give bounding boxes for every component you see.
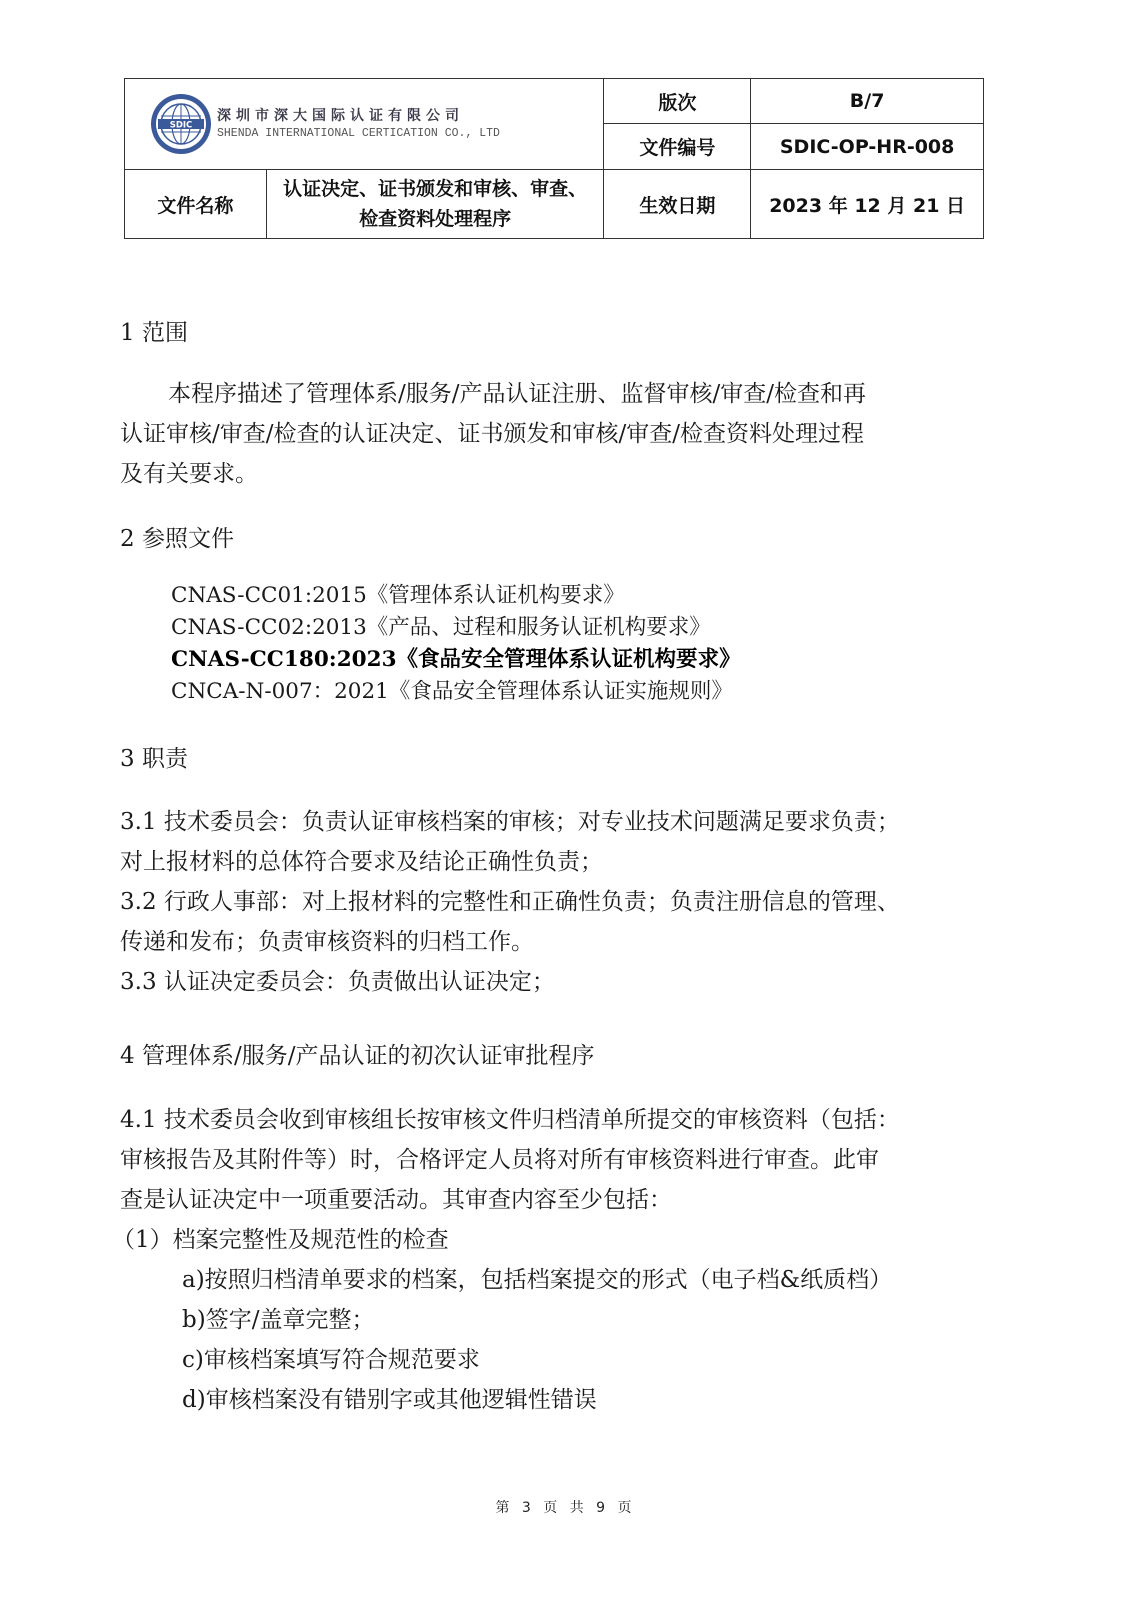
version-value: B/7 xyxy=(751,79,984,124)
paragraph-line: 认证审核/审查/检查的认证决定、证书颁发和审核/审查/检查资料处理过程 xyxy=(120,414,995,454)
doc-name-line-1: 认证决定、证书颁发和审核、审查、 xyxy=(267,174,604,204)
sub-list-item: b)签字/盖章完整； xyxy=(120,1300,995,1340)
section-4-heading: 4 管理体系/服务/产品认证的初次认证审批程序 xyxy=(120,1037,594,1070)
list-item-1: （1）档案完整性及规范性的检查 xyxy=(112,1220,995,1260)
company-name-cn: 深圳市深大国际认证有限公司 xyxy=(217,105,500,125)
sub-list-item: a)按照归档清单要求的档案，包括档案提交的形式（电子档&纸质档） xyxy=(120,1260,995,1300)
doc-number-label: 文件编号 xyxy=(604,124,751,170)
section-1-body: 本程序描述了管理体系/服务/产品认证注册、监督审核/审查/检查和再 认证审核/审… xyxy=(120,374,995,494)
sub-list-item: d)审核档案没有错别字或其他逻辑性错误 xyxy=(120,1380,995,1420)
doc-name-line-2: 检查资料处理程序 xyxy=(267,204,604,234)
company-name-en: SHENDA INTERNATIONAL CERTICATION CO., LT… xyxy=(217,127,500,140)
version-label: 版次 xyxy=(604,79,751,124)
document-header-table: SDIC 深圳市深大国际认证有限公司 SHENDA INTERNATIONAL … xyxy=(124,78,984,239)
section-3-heading: 3 职责 xyxy=(120,740,188,773)
effective-date-value: 2023 年 12 月 21 日 xyxy=(751,170,984,239)
reference-item-bold: CNAS-CC180:2023《食品安全管理体系认证机构要求》 xyxy=(171,644,741,676)
reference-item: CNAS-CC02:2013《产品、过程和服务认证机构要求》 xyxy=(171,612,741,644)
reference-item: CNCA-N-007：2021《食品安全管理体系认证实施规则》 xyxy=(171,676,741,708)
paragraph-line: 4.1 技术委员会收到审核组长按审核文件归档清单所提交的审核资料（包括： xyxy=(120,1100,995,1140)
company-logo-cell: SDIC 深圳市深大国际认证有限公司 SHENDA INTERNATIONAL … xyxy=(125,79,604,170)
paragraph-line: 本程序描述了管理体系/服务/产品认证注册、监督审核/审查/检查和再 xyxy=(120,374,995,414)
paragraph-line: 查是认证决定中一项重要活动。其审查内容至少包括： xyxy=(120,1180,995,1220)
paragraph-line: 审核报告及其附件等）时，合格评定人员将对所有审核资料进行审查。此审 xyxy=(120,1140,995,1180)
effective-date-label: 生效日期 xyxy=(604,170,751,239)
paragraph-line: 及有关要求。 xyxy=(120,454,995,494)
paragraph-line: 对上报材料的总体符合要求及结论正确性负责； xyxy=(120,842,995,882)
reference-list: CNAS-CC01:2015《管理体系认证机构要求》 CNAS-CC02:201… xyxy=(171,580,741,708)
paragraph-line: 传递和发布；负责审核资料的归档工作。 xyxy=(120,922,995,962)
svg-text:SDIC: SDIC xyxy=(170,121,193,131)
doc-name-value: 认证决定、证书颁发和审核、审查、 检查资料处理程序 xyxy=(266,170,604,239)
doc-name-label: 文件名称 xyxy=(125,170,267,239)
section-1-heading: 1 范围 xyxy=(120,314,188,347)
page-number-footer: 第 3 页 共 9 页 xyxy=(0,1497,1131,1517)
sub-list-item: c)审核档案填写符合规范要求 xyxy=(120,1340,995,1380)
doc-number-value: SDIC-OP-HR-008 xyxy=(751,124,984,170)
section-2-heading: 2 参照文件 xyxy=(120,520,234,553)
paragraph-line: 3.2 行政人事部：对上报材料的完整性和正确性负责；负责注册信息的管理、 xyxy=(120,882,995,922)
sdic-logo-icon: SDIC xyxy=(149,92,213,156)
section-3-body: 3.1 技术委员会：负责认证审核档案的审核；对专业技术问题满足要求负责； 对上报… xyxy=(120,802,995,1002)
reference-item: CNAS-CC01:2015《管理体系认证机构要求》 xyxy=(171,580,741,612)
paragraph-line: 3.1 技术委员会：负责认证审核档案的审核；对专业技术问题满足要求负责； xyxy=(120,802,995,842)
paragraph-line: 3.3 认证决定委员会：负责做出认证决定； xyxy=(120,962,995,1002)
section-4-body: 4.1 技术委员会收到审核组长按审核文件归档清单所提交的审核资料（包括： 审核报… xyxy=(120,1100,995,1420)
